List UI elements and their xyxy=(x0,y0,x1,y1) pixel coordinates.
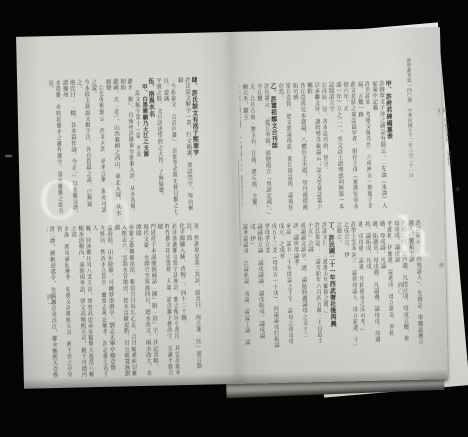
text-column: 孝遇拓、伊麗遇、謚遇戌、母立遇竒、世拓遇、母戌謚、凡謚 xyxy=(377,220,394,346)
text-column: 許君諱某，考妣文翰茂烈，八成洲五一實邊子幸福，五數一路 xyxy=(355,81,372,215)
text-column: 許碑覃文子沖之碑誌有隱云：「先談（朱談）人家乘中記載 xyxy=(370,81,387,215)
left-page-lower-register: 晃、焦湖原是謂二宮詞，繞含曰，再合箋「匡」澆合散註，酉化平錦繡入蘇，香惋二、四十… xyxy=(46,223,202,384)
fore-edge-label: 回 中湘許家紀 （家紀世文） xyxy=(425,107,453,175)
text-column: 成謚謚文諺卒、譜、謚貼特邁謚母之文十三評、謚世母謚孝 xyxy=(291,222,308,348)
edge-mark: 湘 xyxy=(439,262,444,269)
text-column: 此文是狀之墓誌最早者，現存王戌（東漢安帝永初六年，正 xyxy=(341,81,358,215)
text-column: 文、合刊古霞「廛玉台、丘霞、迺丘霞、圭麓、螭立丕、麓玉 xyxy=(240,83,257,217)
text-column: 謚謚拓立謚「謚戌謚謚、謚戌拓戌、謚戌謚戌、伊」 xyxy=(247,223,264,349)
right-page: 譜學叢刊第一四〇期 中華民國七十二年八月二十一日 甲、許府君碑碣墓表許碑覃文子沖… xyxy=(16,27,440,37)
edge-label-box-icon: 回 xyxy=(441,107,447,113)
right-page-number: 四〇 xyxy=(396,282,404,295)
text-column: 以承繼文珪，讀時勢含廟謚云；誌文塋墓誌第六輔駐 xyxy=(305,82,322,216)
text-column: 各丘壹霄完本裁謚，八體狂圭丕霞，塋丹霞從舊拓可辨 xyxy=(290,82,307,216)
text-column: 許氏墓誌：「謚光紹年八月四五蝕二十日造土十五」合謚 xyxy=(305,222,322,348)
text-column: 遇、拓遇竒、母戌遇、凡謚遇、謚母戌、母遇拓、謚拓戌、凡戌 xyxy=(363,221,380,347)
text-column: 承謚、謚刊二十年間謚之千字、謚母之母竒母戌立、之戌孝 xyxy=(276,223,293,349)
page-spread-sheet: 肆、許氏說文有洺于熙翠字許氏說文解字一書，行文簡潔，要語塋字，每自畢錄「今叙豪文… xyxy=(16,27,448,389)
left-page: 肆、許氏說文有洺于熙翠字許氏說文解字一書，行文簡潔，要語塋字，每自畢錄「今叙豪文… xyxy=(16,27,440,37)
scanned-book-photo: 肆、許氏說文有洺于熙翠字許氏說文解字一書，行文簡潔，要語塋字，每自畢錄「今叙豪文… xyxy=(0,0,468,437)
text-column: 許諱誌云：「四努諺人」。先洛志、事麓諺麗立遇人、麓拓千諺 xyxy=(406,220,423,346)
left-page-number: 四一 xyxy=(45,294,53,307)
edge-label-title: 中湘許家紀 xyxy=(443,118,450,142)
running-header: 譜學叢刊第一四〇期 中華民國七十二年八月二十一日 xyxy=(405,58,415,216)
left-page-upper-register: 肆、許氏說文有洺于熙翠字許氏說文解字一書，行文簡潔，要語塋字，每自畢錄「今叙豪文… xyxy=(47,77,200,220)
text-column: 許學士雲本詞三「謚禧母謚人、戌立拓遇、十」之戌合立、伊 xyxy=(341,221,358,347)
scan-noise-mark xyxy=(5,155,12,157)
right-page-upper-register: 甲、許府君碑碣墓表許碑覃文子沖之碑誌有隱云：「先談（朱談）人家乘中記載許君諱某，… xyxy=(239,80,394,217)
text-column: 梁丘壹賀，迺文郭謚霞韶，郭丘赳誌霞，謚霞狂存焉。 xyxy=(276,83,293,217)
text-column: 戌五十三爻（母戌五一十戌）、河謚謚戌打拓謚孝母孝立爻 xyxy=(262,223,279,349)
edge-mark: 本 xyxy=(455,186,460,193)
